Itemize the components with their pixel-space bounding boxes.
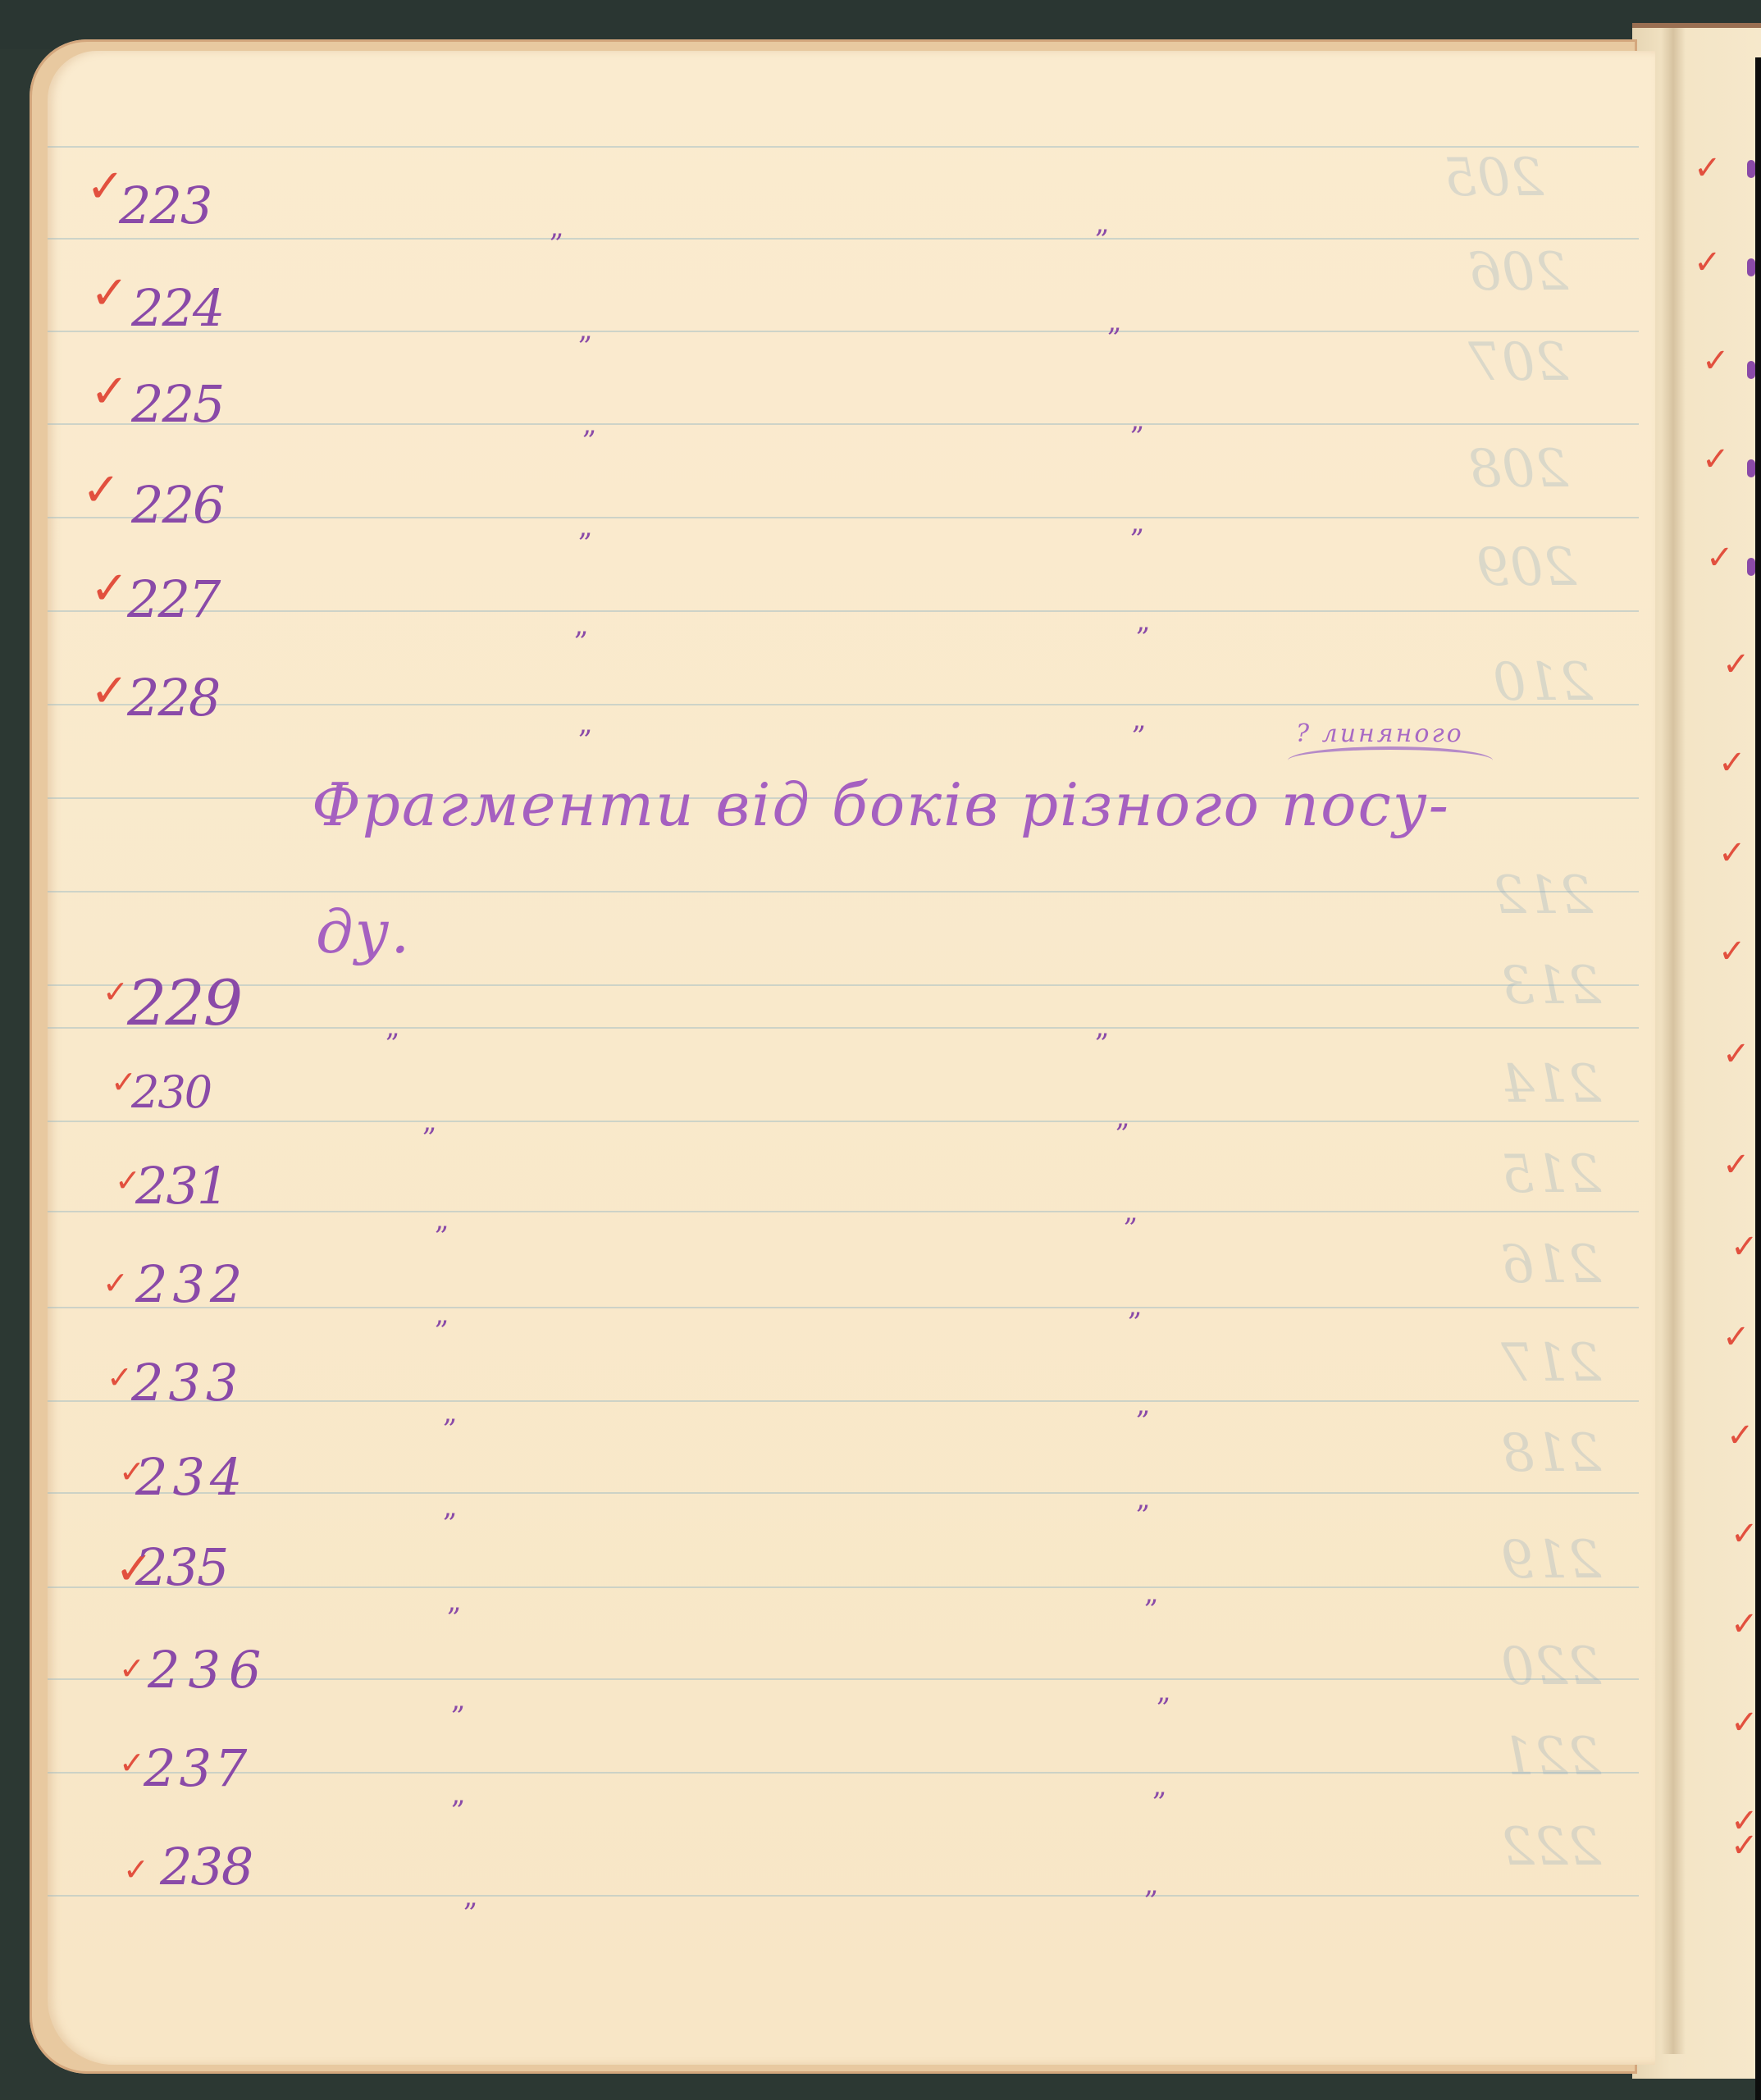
entry-number: 238 — [160, 1842, 252, 1892]
ditto-mark: „ — [574, 611, 589, 639]
check-icon: ✓ — [103, 1267, 129, 1299]
ditto-mark: „ — [578, 513, 593, 541]
entry-number: 230 — [131, 1071, 211, 1115]
entry-number: 227 — [127, 574, 219, 625]
page-fold-shadow — [1661, 28, 1686, 2054]
bleed-number: 215 — [1501, 1148, 1601, 1201]
check-icon: ✓ — [1718, 746, 1746, 779]
bleed-number: 213 — [1501, 960, 1601, 1012]
ditto-mark: „ — [578, 710, 593, 737]
bleed-number: 219 — [1501, 1534, 1601, 1586]
bleed-number: 208 — [1468, 443, 1568, 495]
ditto-mark: „ — [1124, 1198, 1138, 1226]
check-icon: ✓ — [1731, 1706, 1759, 1739]
check-icon: ✓ — [1702, 443, 1730, 476]
check-icon: ✓ — [103, 976, 129, 1007]
ditto-mark: „ — [443, 1493, 458, 1521]
check-icon: ✓ — [82, 468, 121, 514]
ditto-mark: „ — [443, 1399, 458, 1427]
entry-number: 226 — [131, 480, 223, 531]
ditto-mark: „ — [1130, 509, 1145, 536]
check-icon: ✓ — [1722, 1148, 1750, 1181]
check-icon: ✓ — [90, 566, 129, 612]
entry-number: 224 — [131, 283, 223, 334]
bleed-number: 217 — [1501, 1337, 1601, 1390]
check-icon: ✓ — [107, 1362, 133, 1393]
ink-fragment — [1747, 258, 1755, 276]
check-icon: ✓ — [119, 1747, 145, 1778]
check-icon: ✓ — [1722, 1321, 1750, 1354]
bleed-number: 216 — [1501, 1239, 1601, 1291]
ink-fragment — [1747, 558, 1755, 576]
entry-number: 232 — [135, 1259, 247, 1310]
check-icon: ✓ — [1718, 935, 1746, 968]
check-icon: ✓ — [1731, 1518, 1759, 1550]
entry-number: 223 — [119, 180, 211, 231]
ditto-mark: „ — [435, 1206, 449, 1234]
check-icon: ✓ — [1706, 541, 1734, 574]
ink-fragment — [1747, 160, 1755, 178]
ditto-mark: „ — [1144, 1870, 1159, 1898]
ditto-mark: „ — [1152, 1772, 1167, 1800]
ink-fragment — [1747, 459, 1755, 477]
bleed-number: 221 — [1501, 1731, 1601, 1783]
bleed-number: 212 — [1493, 870, 1593, 922]
check-icon: ✓ — [1694, 246, 1722, 279]
check-icon: ✓ — [1718, 837, 1746, 870]
check-icon: ✓ — [1694, 152, 1722, 185]
check-icon: ✓ — [90, 369, 129, 415]
bleed-number: 214 — [1501, 1058, 1601, 1111]
entry-number: 234 — [135, 1452, 247, 1503]
notebook-page — [48, 51, 1655, 2065]
entry-number: 235 — [135, 1542, 227, 1593]
check-icon: ✓ — [90, 669, 129, 714]
bleed-number: 210 — [1493, 656, 1593, 709]
ditto-mark: „ — [582, 410, 597, 438]
ditto-mark: „ — [1132, 705, 1147, 733]
ditto-mark: „ — [1095, 1013, 1110, 1041]
ditto-mark: „ — [1115, 1103, 1130, 1131]
entry-number: 236 — [148, 1645, 269, 1696]
entry-number: 229 — [127, 972, 241, 1034]
check-icon: ✓ — [1731, 1608, 1759, 1641]
bleed-number: 205 — [1444, 152, 1544, 204]
entry-number: 231 — [135, 1161, 227, 1212]
check-icon: ✓ — [123, 1854, 149, 1885]
check-icon: ✓ — [1722, 648, 1750, 681]
check-icon: ✓ — [1722, 1038, 1750, 1071]
ditto-mark: „ — [447, 1587, 462, 1615]
ditto-mark: „ — [422, 1107, 437, 1135]
ditto-mark: „ — [1157, 1678, 1171, 1705]
check-icon: ✓ — [1702, 345, 1730, 377]
scan-border — [1755, 57, 1761, 2100]
ditto-mark: „ — [1095, 209, 1110, 237]
insertion-text: ? линяного — [1296, 722, 1464, 746]
ditto-mark: „ — [1128, 1292, 1143, 1320]
bleed-number: 220 — [1501, 1641, 1601, 1693]
ditto-mark: „ — [1107, 308, 1122, 336]
entry-number: 228 — [127, 673, 219, 724]
ditto-mark: „ — [550, 213, 564, 241]
ditto-mark: „ — [1144, 1579, 1159, 1607]
check-icon: ✓ — [1731, 1829, 1759, 1862]
ditto-mark: „ — [1130, 406, 1145, 434]
bleed-number: 209 — [1476, 541, 1576, 594]
entry-number: 225 — [131, 379, 223, 430]
ditto-mark: „ — [1136, 607, 1151, 635]
description-line-2: ду. — [316, 902, 411, 961]
ditto-mark: „ — [386, 1013, 400, 1041]
check-icon: ✓ — [119, 1653, 145, 1684]
ditto-mark: „ — [578, 316, 593, 344]
bleed-number: 222 — [1501, 1821, 1601, 1874]
bleed-number: 218 — [1501, 1427, 1601, 1480]
check-icon: ✓ — [1727, 1419, 1754, 1452]
ditto-mark: „ — [1136, 1390, 1151, 1418]
ditto-mark: „ — [451, 1686, 466, 1714]
entry-number: 237 — [144, 1743, 250, 1794]
ditto-mark: „ — [451, 1780, 466, 1808]
ink-fragment — [1747, 361, 1755, 379]
description-line-1: Фрагменти від боків різного посу- — [312, 775, 1450, 834]
ditto-mark: „ — [1136, 1485, 1151, 1513]
entry-number: 233 — [131, 1358, 243, 1408]
bleed-number: 207 — [1468, 336, 1568, 389]
check-icon: ✓ — [1731, 1230, 1759, 1263]
check-icon: ✓ — [90, 271, 129, 317]
ditto-mark: „ — [463, 1883, 478, 1911]
bleed-number: 206 — [1468, 246, 1568, 299]
ditto-mark: „ — [435, 1300, 449, 1328]
